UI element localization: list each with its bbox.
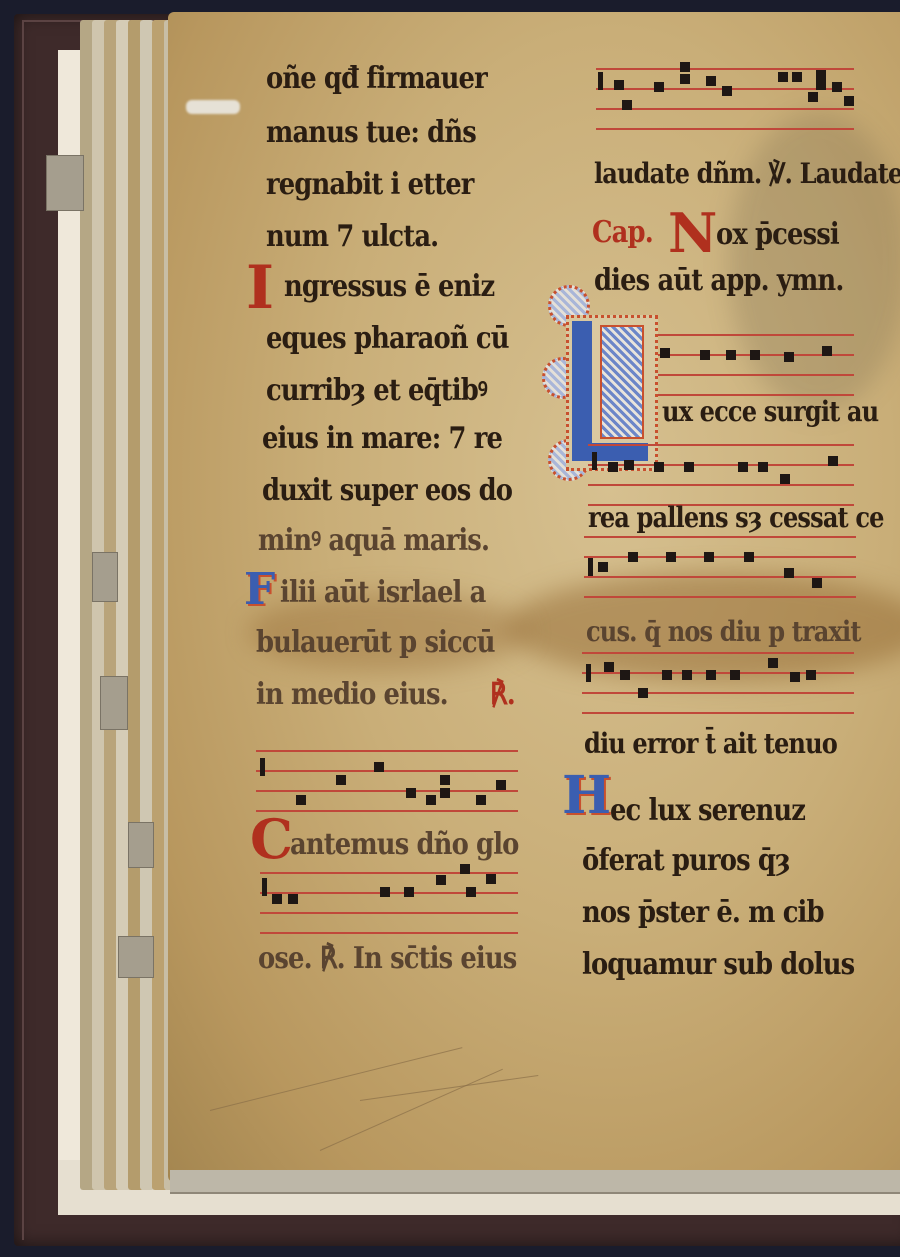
c-clef (260, 758, 265, 776)
response-rubric: ℟. (490, 680, 515, 710)
music-staff (260, 872, 518, 936)
text-line: in medio eius. (256, 680, 448, 710)
text-line: regnabit i etter (266, 170, 474, 200)
bookmark-tab[interactable] (128, 822, 154, 868)
initial-f-illuminated: F (244, 568, 275, 612)
c-clef (586, 664, 591, 682)
text-line: rea pallens sȝ cessat ce (588, 504, 884, 532)
c-clef (592, 452, 597, 470)
c-clef (588, 558, 593, 576)
music-staff (658, 334, 854, 398)
bookmark-tab[interactable] (46, 155, 84, 211)
bookmark-tab[interactable] (92, 552, 118, 602)
text-line: ilii aūt isrlael a (280, 578, 485, 608)
text-line: num 7 ulcta. (266, 222, 438, 252)
text-line: oñe qđ firmauer (266, 64, 487, 94)
text-line: curribȝ et eq̄tibꝰ (266, 376, 487, 406)
text-line: bulauerūt p siccū (256, 628, 495, 658)
text-line: ngressus ē eniz (284, 272, 494, 302)
bookmark-tab[interactable] (118, 936, 154, 978)
music-staff (256, 750, 518, 814)
chapter-rubric: Cap. (592, 218, 653, 248)
text-line: ux ecce surgit au (662, 398, 878, 426)
c-clef (598, 72, 603, 90)
text-line: eques pharaoñ cū (266, 324, 509, 354)
text-line: duxit super eos do (262, 476, 512, 506)
music-staff (596, 68, 854, 132)
text-line: ose. ℟. In sc̄tis eius (258, 944, 516, 974)
text-line: ec lux serenuz (610, 796, 805, 826)
text-line: minꝰ aquā maris. (258, 526, 489, 556)
text-line: manus tue: dñs (266, 118, 476, 148)
page-bottom-edge (170, 1170, 900, 1194)
worn-patch (186, 100, 240, 114)
c-clef (262, 878, 267, 896)
text-line: antemus dño glo (290, 830, 519, 860)
text-line: loquamur sub dolus (582, 950, 854, 980)
text-line: cus. q̄ nos diu p traxit (586, 618, 861, 646)
initial-n-rubric: N (668, 206, 717, 260)
text-line: diu error t̄ ait tenuo (584, 730, 837, 758)
bookmark-tab[interactable] (100, 676, 128, 730)
initial-c-rubric: C (250, 812, 293, 866)
text-line: laudate dñm. ℣. Laudate d. (594, 160, 900, 188)
text-line: eius in mare: 7 re (262, 424, 502, 454)
text-line: ōferat puros q̄ȝ (582, 846, 790, 876)
initial-h-illuminated: H (562, 770, 611, 822)
music-staff (582, 652, 854, 716)
initial-i-rubric: I (246, 258, 274, 318)
text-line: ox p̄cessi (716, 220, 839, 250)
music-staff (584, 536, 856, 600)
music-staff (588, 444, 854, 508)
text-line: nos p̄ster ē. m cib (582, 898, 824, 928)
